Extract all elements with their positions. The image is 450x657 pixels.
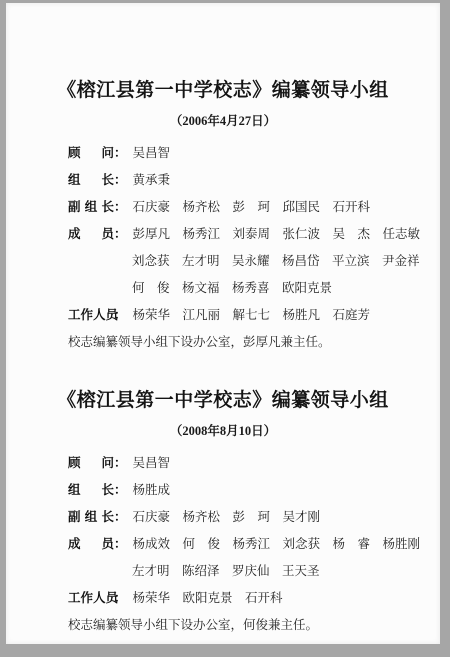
colon: ： (114, 510, 127, 524)
section-note: 校志编纂领导小组下设办公室，彭厚凡兼主任。 (68, 335, 430, 350)
section-date: （2006年4月27日） (6, 113, 440, 129)
row-members-line2: 刘念获 左才明 吴永耀 杨昌岱 平立滨 尹金祥 (68, 254, 430, 269)
role-label: 副组长 (68, 200, 114, 215)
role-label: 组长 (68, 483, 114, 498)
row-advisor: 顾问：吴昌智 (68, 146, 430, 161)
role-names: 黄承秉 (133, 173, 171, 187)
colon: ： (114, 537, 127, 551)
role-label: 顾问 (68, 146, 114, 161)
section-2006: 《榕江县第一中学校志》编纂领导小组 （2006年4月27日） 顾问：吴昌智 组长… (6, 79, 440, 350)
section-title: 《榕江县第一中学校志》编纂领导小组 (6, 79, 440, 103)
role-names: 石庆豪 杨齐松 彭 珂 邱国民 石开科 (133, 200, 371, 214)
role-label: 工作人员 (68, 308, 114, 323)
role-label: 组长 (68, 173, 114, 188)
role-label: 副组长 (68, 510, 114, 525)
document-page: 《榕江县第一中学校志》编纂领导小组 （2006年4月27日） 顾问：吴昌智 组长… (6, 3, 440, 644)
row-deputy-leaders: 副组长：石庆豪 杨齐松 彭 珂 吴才刚 (68, 510, 430, 525)
role-names: 杨成效 何 俊 杨秀江 刘念获 杨 睿 杨胜刚 (133, 537, 421, 551)
section-note: 校志编纂领导小组下设办公室，何俊兼主任。 (68, 618, 430, 633)
section-title: 《榕江县第一中学校志》编纂领导小组 (6, 389, 440, 413)
role-label: 工作人员 (68, 591, 114, 606)
row-members-line1: 成员：杨成效 何 俊 杨秀江 刘念获 杨 睿 杨胜刚 (68, 537, 430, 552)
role-names: 吴昌智 (133, 146, 171, 160)
role-names: 杨荣华 江凡丽 解七七 杨胜凡 石庭芳 (133, 308, 371, 322)
role-label: 顾问 (68, 456, 114, 471)
row-leader: 组长：黄承秉 (68, 173, 430, 188)
roster-list: 顾问：吴昌智 组长：黄承秉 副组长：石庆豪 杨齐松 彭 珂 邱国民 石开科 成员… (6, 146, 440, 350)
role-names: 杨荣华 欧阳克景 石开科 (133, 591, 283, 605)
row-deputy-leaders: 副组长：石庆豪 杨齐松 彭 珂 邱国民 石开科 (68, 200, 430, 215)
row-members-line3: 何 俊 杨文福 杨秀喜 欧阳克景 (68, 281, 430, 296)
roster-list: 顾问：吴昌智 组长：杨胜成 副组长：石庆豪 杨齐松 彭 珂 吴才刚 成员：杨成效… (6, 456, 440, 633)
row-leader: 组长：杨胜成 (68, 483, 430, 498)
colon: ： (114, 591, 127, 605)
role-label: 成员 (68, 227, 114, 242)
colon: ： (114, 173, 127, 187)
row-members-line2: 左才明 陈绍泽 罗庆仙 王天圣 (68, 564, 430, 579)
role-names: 石庆豪 杨齐松 彭 珂 吴才刚 (133, 510, 321, 524)
row-staff: 工作人员：杨荣华 江凡丽 解七七 杨胜凡 石庭芳 (68, 308, 430, 323)
role-names: 彭厚凡 杨秀江 刘泰周 张仁波 吴 杰 任志敏 (133, 227, 421, 241)
row-members-line1: 成员：彭厚凡 杨秀江 刘泰周 张仁波 吴 杰 任志敏 (68, 227, 430, 242)
colon: ： (114, 146, 127, 160)
row-advisor: 顾问：吴昌智 (68, 456, 430, 471)
colon: ： (114, 456, 127, 470)
colon: ： (114, 200, 127, 214)
colon: ： (114, 308, 127, 322)
role-names: 何 俊 杨文福 杨秀喜 欧阳克景 (132, 281, 332, 295)
role-names: 刘念获 左才明 吴永耀 杨昌岱 平立滨 尹金祥 (132, 254, 420, 268)
role-names: 左才明 陈绍泽 罗庆仙 王天圣 (132, 564, 320, 578)
section-2008: 《榕江县第一中学校志》编纂领导小组 （2008年8月10日） 顾问：吴昌智 组长… (6, 389, 440, 633)
role-names: 杨胜成 (133, 483, 171, 497)
scanned-page-background: 《榕江县第一中学校志》编纂领导小组 （2006年4月27日） 顾问：吴昌智 组长… (0, 0, 450, 657)
role-names: 吴昌智 (133, 456, 171, 470)
row-staff: 工作人员：杨荣华 欧阳克景 石开科 (68, 591, 430, 606)
colon: ： (114, 483, 127, 497)
section-date: （2008年8月10日） (6, 423, 440, 439)
role-label: 成员 (68, 537, 114, 552)
colon: ： (114, 227, 127, 241)
